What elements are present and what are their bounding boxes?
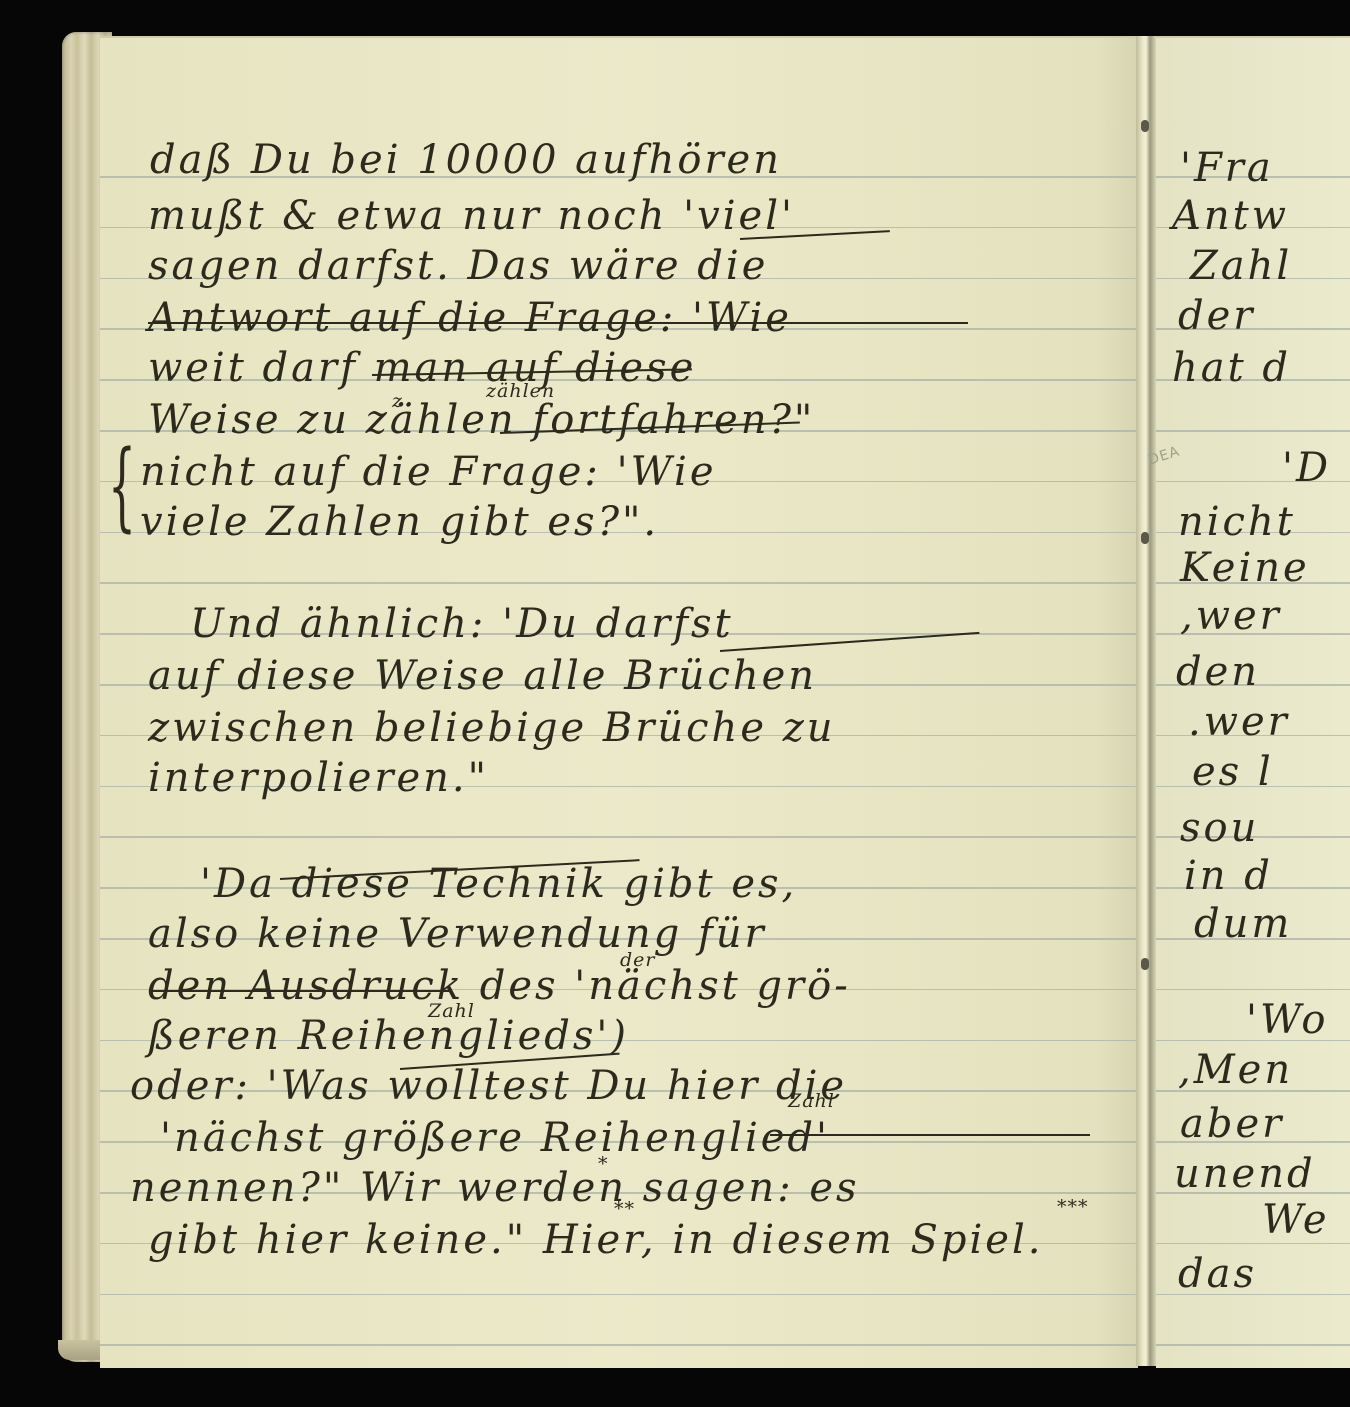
handwritten-line: Zahl <box>788 1092 835 1111</box>
binding-stitch <box>1141 532 1149 544</box>
strike-through <box>770 1134 1090 1136</box>
handwritten-line: unend <box>1174 1154 1316 1194</box>
binding-stitch <box>1141 958 1149 970</box>
handwritten-line: mußt & etwa nur noch 'viel' <box>148 196 795 236</box>
handwritten-line: auf diese Weise alle Brüchen <box>148 656 817 696</box>
handwritten-line: in d <box>1184 856 1273 896</box>
handwritten-line: 'Da diese Technik gibt es, <box>200 864 797 904</box>
handwritten-line: Zahl <box>428 1002 475 1021</box>
handwritten-line: dum <box>1194 904 1292 944</box>
ruled-line <box>100 582 1136 584</box>
binding-stitch <box>1141 120 1149 132</box>
handwritten-line: 'D <box>1282 448 1331 488</box>
handwritten-line: * <box>598 1155 609 1174</box>
handwritten-line: interpolieren." <box>148 758 489 798</box>
handwritten-line: daß Du bei 10000 aufhören <box>150 140 782 180</box>
handwritten-line: sagen darfst. Das wäre die <box>148 246 768 286</box>
handwritten-line: sou <box>1180 808 1259 848</box>
ruled-line <box>100 836 1136 838</box>
handwritten-line: Antw <box>1172 196 1289 236</box>
handwritten-line: hat d <box>1172 348 1291 388</box>
ruled-line <box>100 1294 1136 1296</box>
handwritten-line: zwischen beliebige Brüche zu <box>148 708 836 748</box>
handwritten-line: den <box>1176 652 1260 692</box>
handwritten-line: nennen?" Wir werden sagen: es <box>130 1168 860 1208</box>
ruled-line <box>1156 989 1350 991</box>
handwritten-line: 'nächst größere Reihenglied' <box>160 1118 830 1158</box>
handwritten-line: Zahl <box>1190 246 1292 286</box>
handwritten-line: weit darf man auf diese <box>148 348 696 388</box>
handwritten-line: 'Fra <box>1180 148 1274 188</box>
handwritten-line: Und ähnlich: 'Du darfst <box>190 604 734 644</box>
ruled-line <box>100 1344 1136 1346</box>
handwritten-line: Weise zu zählen fortfahren?" <box>148 400 815 440</box>
handwritten-line: nicht auf die Frage: 'Wie <box>140 452 716 492</box>
ruled-line <box>1156 430 1350 432</box>
photo-background: { DEA daß Du bei 10000 aufhörenmußt & et… <box>0 0 1350 1407</box>
handwritten-line: ßeren Reihenglieds') <box>148 1016 629 1056</box>
strike-through <box>148 322 968 324</box>
handwritten-line: das <box>1178 1254 1257 1294</box>
handwritten-line: den Ausdruck des 'nächst grö- <box>148 966 851 1006</box>
handwritten-line: oder: 'Was wolltest Du hier die <box>130 1066 847 1106</box>
handwritten-line: der <box>620 951 656 970</box>
handwritten-line: also keine Verwendung für <box>148 914 767 954</box>
handwritten-line: gibt hier keine." Hier, in diesem Spiel. <box>148 1220 1044 1260</box>
handwritten-line: nicht <box>1178 502 1296 542</box>
handwritten-line: .wer <box>1188 702 1290 742</box>
handwritten-line: zählen <box>486 382 555 401</box>
ruled-line <box>1156 1243 1350 1245</box>
book-gutter <box>1136 36 1156 1366</box>
handwritten-line: z <box>392 392 403 411</box>
handwritten-line: der <box>1178 296 1255 336</box>
strike-through <box>150 990 450 992</box>
handwritten-line: Keine <box>1180 548 1310 588</box>
handwritten-line: ,wer <box>1180 596 1282 636</box>
handwritten-line: viele Zahlen gibt es?". <box>140 502 659 542</box>
ruled-line <box>1156 1344 1350 1346</box>
margin-brace: { <box>108 440 136 537</box>
handwritten-line: aber <box>1180 1104 1284 1144</box>
handwritten-line: es l <box>1192 752 1274 792</box>
handwritten-line: ,Men <box>1178 1050 1293 1090</box>
handwritten-line: We <box>1262 1200 1330 1240</box>
handwritten-line: *** <box>1057 1198 1089 1217</box>
handwritten-line: ** <box>614 1200 635 1219</box>
handwritten-line: Antwort auf die Frage: 'Wie <box>148 298 792 338</box>
handwritten-line: 'Wo <box>1246 1000 1328 1040</box>
